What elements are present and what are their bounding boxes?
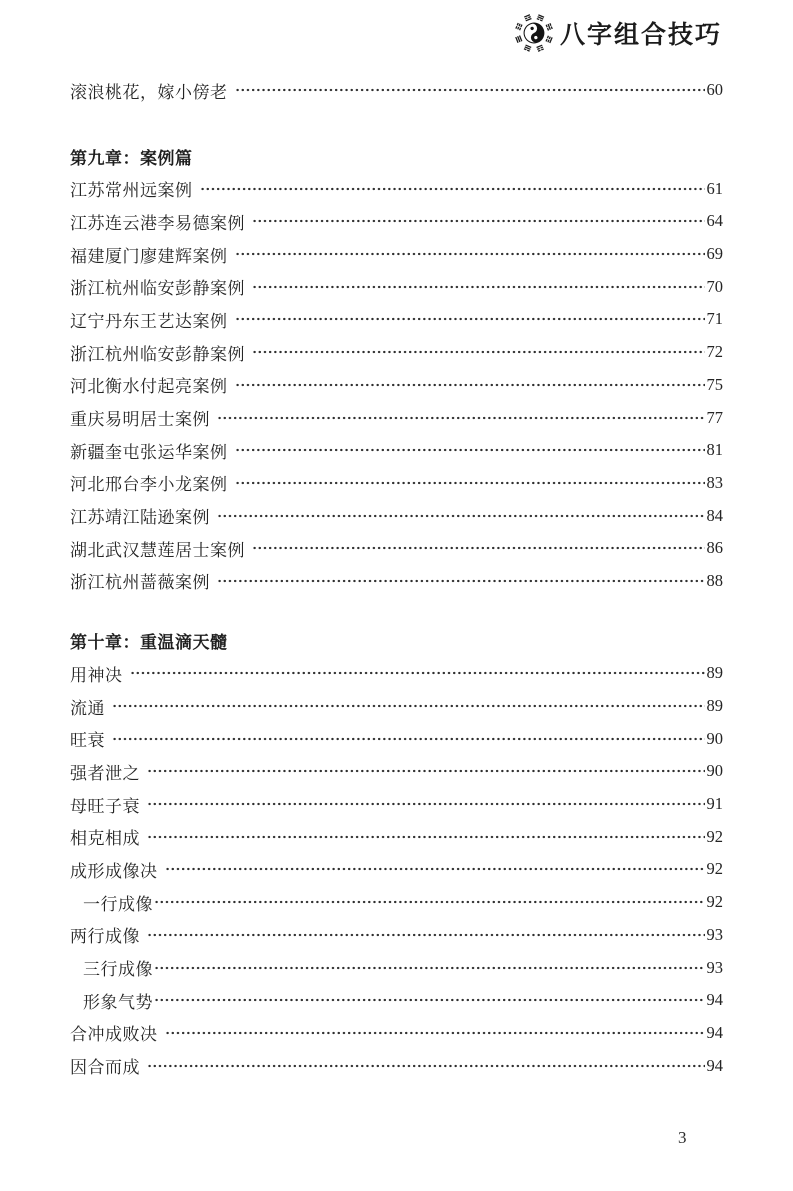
toc-entry: 滚浪桃花，嫁小傍老60 (70, 74, 723, 107)
toc-entry-title: 浙江杭州蔷薇案例 (70, 568, 210, 593)
toc-entry: 母旺子衰91 (70, 788, 723, 821)
dot-leader (217, 410, 705, 426)
toc-entry-page: 86 (707, 538, 724, 558)
toc-entry-page: 91 (707, 794, 724, 814)
dot-leader (112, 698, 705, 714)
toc-entry: 旺衰90 (70, 722, 723, 755)
toc-entry-title: 河北邢台李小龙案例 (70, 470, 228, 495)
toc-entry: 江苏常州远案例61 (70, 172, 723, 205)
toc-entry: 相克相成92 (70, 820, 723, 853)
dot-leader (154, 894, 705, 910)
toc-entry: 三行成像93 (70, 951, 723, 984)
book-title: 八字组合技巧 (560, 15, 722, 51)
toc-entry-page: 89 (707, 696, 724, 716)
dot-leader (147, 927, 705, 943)
toc-entry-page: 88 (707, 571, 724, 591)
toc-entry-page: 92 (707, 892, 724, 912)
toc-entry-page: 94 (707, 990, 724, 1010)
toc-entry-title: 流通 (70, 694, 105, 719)
document-page: 八字组合技巧 滚浪桃花，嫁小傍老60第九章：案例篇江苏常州远案例61江苏连云港李… (0, 0, 793, 1191)
page-header: 八字组合技巧 (513, 12, 722, 54)
dot-leader (252, 279, 705, 295)
toc-entry-page: 84 (707, 506, 724, 526)
toc-entry: 一行成像92 (70, 886, 723, 919)
toc-entry-page: 69 (707, 244, 724, 264)
toc-entry: 因合而成94 (70, 1049, 723, 1082)
toc-entry-title: 强者泄之 (70, 759, 140, 784)
toc-entry-title: 江苏连云港李易德案例 (70, 209, 245, 234)
toc-entry-title: 江苏常州远案例 (70, 176, 193, 201)
dot-leader (235, 311, 705, 327)
dot-leader (165, 861, 705, 877)
toc-entry: 强者泄之90 (70, 755, 723, 788)
toc-entry: 重庆易明居士案例77 (70, 401, 723, 434)
toc-entry-title: 旺衰 (70, 726, 105, 751)
dot-leader (154, 960, 705, 976)
toc-entry: 成形成像决92 (70, 853, 723, 886)
toc-entry: 形象气势94 (70, 984, 723, 1017)
toc-entry-title: 福建厦门廖建辉案例 (70, 242, 228, 267)
chapter-heading: 第十章：重温滴天髓 (70, 624, 723, 657)
toc-entry: 辽宁丹东王艺达案例71 (70, 303, 723, 336)
toc-entry: 江苏连云港李易德案例64 (70, 205, 723, 238)
dot-leader (235, 442, 705, 458)
toc-entry-page: 64 (707, 211, 724, 231)
toc-entry-page: 77 (707, 408, 724, 428)
dot-leader (252, 540, 705, 556)
toc-entry: 湖北武汉慧莲居士案例86 (70, 532, 723, 565)
toc-entry: 用神决89 (70, 657, 723, 690)
toc-entry: 浙江杭州临安彭静案例70 (70, 270, 723, 303)
toc-entry-page: 90 (707, 761, 724, 781)
toc-entry-page: 92 (707, 859, 724, 879)
toc-entry-title: 新疆奎屯张运华案例 (70, 438, 228, 463)
toc-entry: 流通89 (70, 690, 723, 723)
toc-entry-title: 两行成像 (70, 922, 140, 947)
toc-entry-page: 93 (707, 925, 724, 945)
toc-entry-page: 61 (707, 179, 724, 199)
toc-entry-page: 94 (707, 1056, 724, 1076)
dot-leader (217, 508, 705, 524)
dot-leader (252, 213, 705, 229)
toc-entry: 合冲成败决94 (70, 1017, 723, 1050)
chapter-heading: 第九章：案例篇 (70, 140, 723, 173)
toc-entry-page: 72 (707, 342, 724, 362)
toc-entry-page: 70 (707, 277, 724, 297)
toc-entry-title: 辽宁丹东王艺达案例 (70, 307, 228, 332)
toc-entry: 浙江杭州临安彭静案例72 (70, 336, 723, 369)
toc-entry-title: 一行成像 (83, 890, 153, 915)
toc-entry-page: 89 (707, 663, 724, 683)
page-number: 3 (678, 1128, 687, 1148)
toc-entry: 新疆奎屯张运华案例81 (70, 434, 723, 467)
toc-entry-title: 浙江杭州临安彭静案例 (70, 274, 245, 299)
toc-entry: 河北邢台李小龙案例83 (70, 467, 723, 500)
toc-entry-title: 滚浪桃花，嫁小傍老 (70, 78, 228, 103)
toc-entry: 浙江杭州蔷薇案例88 (70, 565, 723, 598)
dot-leader (235, 475, 705, 491)
toc-entry-page: 60 (707, 80, 724, 100)
toc-entry-title: 重庆易明居士案例 (70, 405, 210, 430)
dot-leader (165, 1025, 705, 1041)
toc-entry-title: 河北衡水付起亮案例 (70, 372, 228, 397)
toc-entry-title: 因合而成 (70, 1053, 140, 1078)
toc-entry: 江苏靖江陆逊案例84 (70, 499, 723, 532)
toc-entry-page: 92 (707, 827, 724, 847)
toc-entry-title: 形象气势 (83, 988, 153, 1013)
toc-entry: 两行成像93 (70, 919, 723, 952)
dot-leader (147, 1058, 705, 1074)
toc-entry-page: 94 (707, 1023, 724, 1043)
toc-entry-title: 湖北武汉慧莲居士案例 (70, 536, 245, 561)
taiji-bagua-icon (513, 12, 555, 54)
dot-leader (130, 665, 705, 681)
dot-leader (217, 573, 705, 589)
toc-entry-title: 合冲成败决 (70, 1020, 158, 1045)
dot-leader (235, 377, 705, 393)
toc-entry-page: 90 (707, 729, 724, 749)
toc-entry-page: 75 (707, 375, 724, 395)
toc-entry-title: 母旺子衰 (70, 792, 140, 817)
dot-leader (235, 82, 705, 98)
toc-entry-title: 浙江杭州临安彭静案例 (70, 340, 245, 365)
toc-entry-page: 93 (707, 958, 724, 978)
toc-entry-page: 83 (707, 473, 724, 493)
dot-leader (147, 829, 705, 845)
toc-entry-title: 成形成像决 (70, 857, 158, 882)
dot-leader (235, 246, 705, 262)
dot-leader (112, 731, 705, 747)
dot-leader (252, 344, 705, 360)
toc-entry-page: 71 (707, 309, 724, 329)
toc-entry: 福建厦门廖建辉案例69 (70, 238, 723, 271)
toc-entry-title: 三行成像 (83, 955, 153, 980)
dot-leader (147, 796, 705, 812)
toc: 滚浪桃花，嫁小傍老60第九章：案例篇江苏常州远案例61江苏连云港李易德案例64福… (70, 74, 723, 1082)
toc-entry-title: 相克相成 (70, 824, 140, 849)
dot-leader (200, 181, 705, 197)
toc-entry-page: 81 (707, 440, 724, 460)
toc-entry: 河北衡水付起亮案例75 (70, 369, 723, 402)
dot-leader (154, 992, 705, 1008)
toc-entry-title: 用神决 (70, 661, 123, 686)
dot-leader (147, 763, 705, 779)
toc-entry-title: 江苏靖江陆逊案例 (70, 503, 210, 528)
